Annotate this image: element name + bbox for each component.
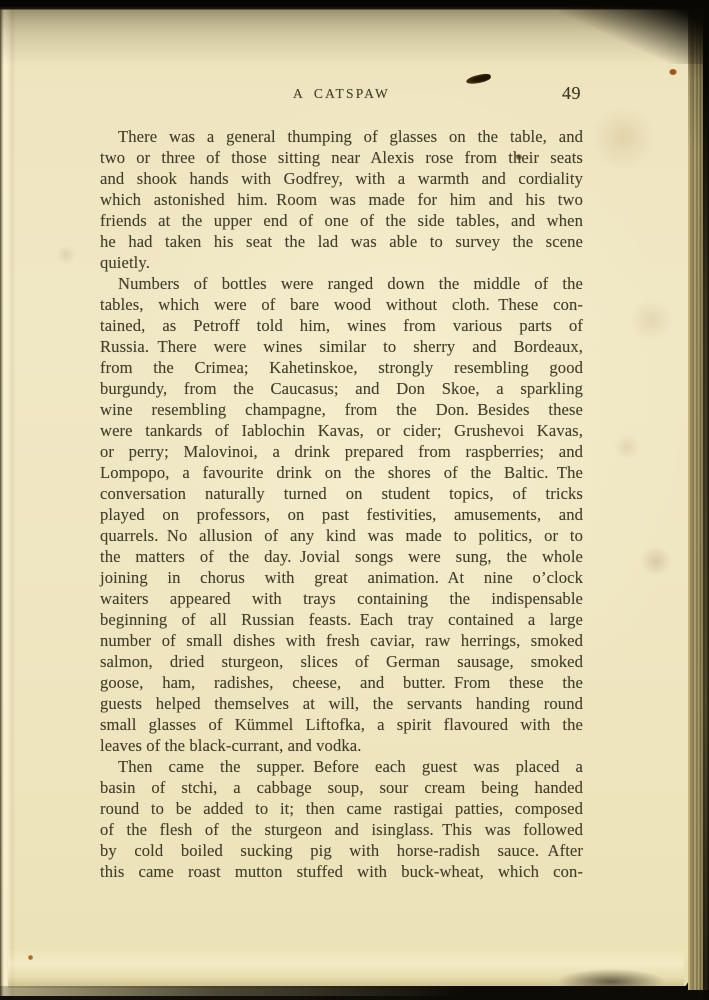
text-line: small glasses of Kümmel Liftofka, a spir…	[100, 714, 583, 735]
text-line: friends at the upper end of one of the s…	[100, 210, 583, 231]
text-line: conversation naturally turned on student…	[100, 483, 583, 504]
text-line: waiters appeared with trays containing t…	[100, 588, 583, 609]
text-line: There was a general thumping of glasses …	[100, 126, 583, 147]
text-line: quarrels. No allusion of any kind was ma…	[100, 525, 583, 546]
text-line: from the Crimea; Kahetinskoe, strongly r…	[100, 357, 583, 378]
text-line: burgundy, from the Caucasus; and Don Sko…	[100, 378, 583, 399]
text-line: quietly.	[100, 252, 583, 273]
text-line: Russia. There were wines similar to sher…	[100, 336, 583, 357]
text-line: guests helped themselves at will, the se…	[100, 693, 583, 714]
text-line: goose, ham, radishes, cheese, and butter…	[100, 672, 583, 693]
text-line: tables, which were of bare wood without …	[100, 294, 583, 315]
text-line: were tankards of Iablochin Kavas, or cid…	[100, 420, 583, 441]
text-line: wine resembling champagne, from the Don.…	[100, 399, 583, 420]
text-line: this came roast mutton stuffed with buck…	[100, 861, 583, 882]
text-block: There was a general thumping of glasses …	[100, 126, 583, 882]
text-line: which astonished him. Room was made for …	[100, 189, 583, 210]
text-line: tained, as Petroff told him, wines from …	[100, 315, 583, 336]
page-left-edge	[0, 7, 16, 996]
paragraph: Numbers of bottles were ranged down the …	[100, 273, 583, 756]
text-line: beginning of all Russian feasts. Each tr…	[100, 609, 583, 630]
page-header: A CATSPAW 49	[100, 86, 583, 108]
text-line: salmon, dried sturgeon, slices of German…	[100, 651, 583, 672]
text-line: of the flesh of the sturgeon and isingla…	[100, 819, 583, 840]
text-line: joining in chorus with great animation. …	[100, 567, 583, 588]
text-line: number of small dishes with fresh caviar…	[100, 630, 583, 651]
text-line: the matters of the day. Jovial songs wer…	[100, 546, 583, 567]
book-spine-shadow	[703, 0, 709, 1000]
book-cover-corner	[559, 0, 709, 64]
text-line: leaves of the black-currant, and vodka.	[100, 735, 583, 756]
text-line: he had taken his seat the lad was able t…	[100, 231, 583, 252]
text-line: basin of stchi, a cabbage soup, sour cre…	[100, 777, 583, 798]
text-line: by cold boiled sucking pig with horse-ra…	[100, 840, 583, 861]
text-line: Numbers of bottles were ranged down the …	[100, 273, 583, 294]
text-line: two or three of those sitting near Alexi…	[100, 147, 583, 168]
paragraph: There was a general thumping of glasses …	[100, 126, 583, 273]
text-line: Lompopo, a favourite drink on the shores…	[100, 462, 583, 483]
text-line: and shook hands with Godfrey, with a war…	[100, 168, 583, 189]
text-line: or perry; Malovinoi, a drink prepared fr…	[100, 441, 583, 462]
paragraph: Then came the supper. Before each guest …	[100, 756, 583, 882]
text-line: played on professors, on past festivitie…	[100, 504, 583, 525]
running-title: A CATSPAW	[100, 86, 583, 102]
text-line: Then came the supper. Before each guest …	[100, 756, 583, 777]
text-line: round to be added to it; then came rasti…	[100, 798, 583, 819]
page-number: 49	[562, 83, 581, 104]
book-scan: A CATSPAW 49 There was a general thumpin…	[0, 0, 709, 1000]
book-cover-edge-bottom	[0, 986, 709, 1000]
